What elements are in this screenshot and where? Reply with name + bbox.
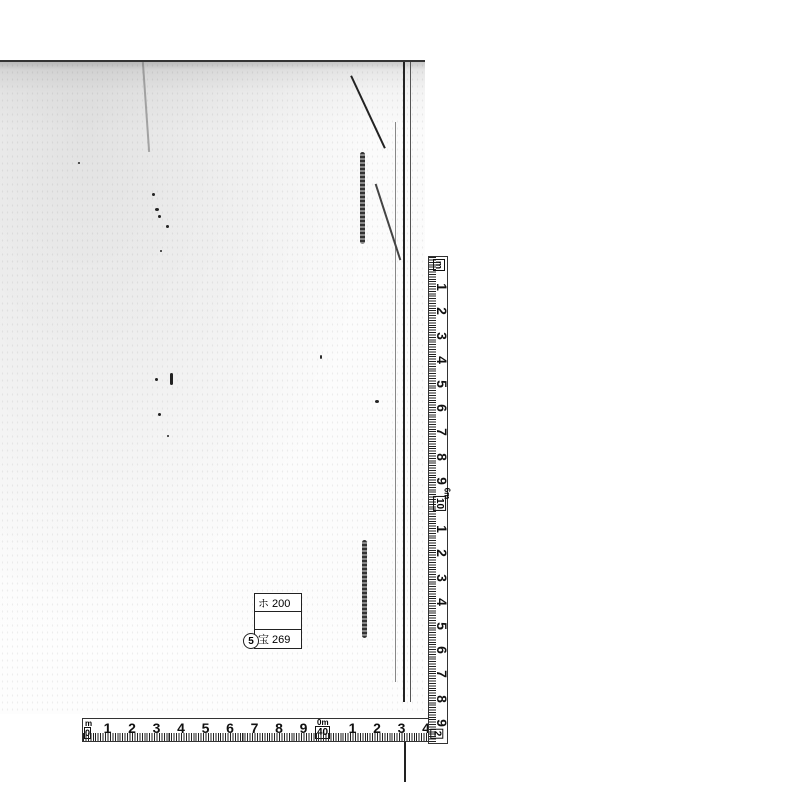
ruler-number: 7 [434, 428, 450, 436]
page-fold-edge [375, 62, 425, 712]
ruler-number: 5 [434, 622, 450, 630]
ruler-end-marker: 2 [430, 729, 443, 739]
ruler-number: 7 [434, 670, 450, 678]
ruler-number: 2 [434, 549, 450, 557]
horizontal-measuring-ruler: m 0 1234567891234 0m 40 [82, 718, 432, 742]
binding-stitch-mark-top [360, 152, 365, 244]
ruler-number: 5 [434, 380, 450, 388]
ruler-number: 9 [434, 477, 450, 485]
ruler-number: 1 [434, 283, 450, 291]
ruler-number: 1 [434, 525, 450, 533]
binding-stitch-mark-bottom [362, 540, 367, 638]
vertical-measuring-ruler: m 6m 10 2 123456789123456789 [428, 256, 448, 744]
catalog-label-row-2 [255, 612, 301, 630]
circled-number-stamp: 5 [243, 633, 259, 649]
ruler-number: 3 [434, 332, 450, 340]
ruler-ticks [83, 733, 431, 741]
ruler-number: 4 [434, 598, 450, 606]
ruler-cable [404, 742, 406, 782]
catalog-label-row-1: ホ 200 [255, 594, 301, 612]
ruler-mid-marker: 10 [433, 496, 446, 511]
ruler-number: 4 [434, 356, 450, 364]
ruler-number: 9 [434, 719, 450, 727]
ruler-number: 8 [434, 453, 450, 461]
catalog-label-row-3: 宝 269 [255, 630, 301, 648]
ruler-unit-marker: m [433, 259, 445, 271]
catalog-label: ホ 200 宝 269 [254, 593, 302, 649]
ruler-number: 6 [434, 646, 450, 654]
ruler-number: 3 [434, 574, 450, 582]
ruler-number: 6 [434, 404, 450, 412]
ruler-number: 8 [434, 695, 450, 703]
ruler-number: 2 [434, 307, 450, 315]
